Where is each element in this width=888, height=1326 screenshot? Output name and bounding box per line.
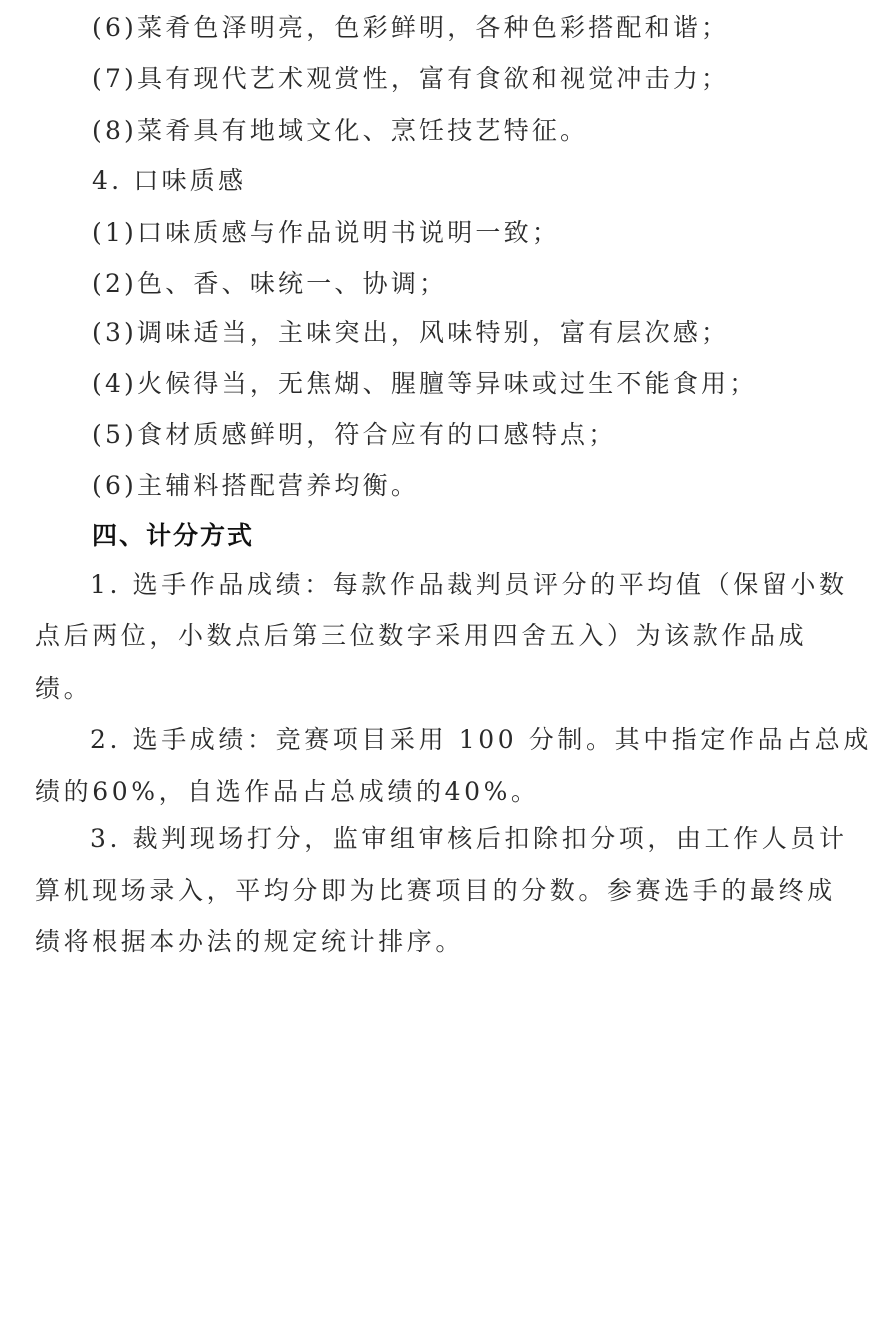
taste-item-6: (6)主辅料搭配营养均衡。	[92, 470, 419, 502]
taste-section-title: 4. 口味质感	[92, 165, 246, 197]
paragraph-line: 绩。	[35, 673, 92, 705]
paragraph-line: 点后两位，小数点后第三位数字采用四舍五入）为该款作品成	[35, 620, 807, 652]
paragraph-line: 绩将根据本办法的规定统计排序。	[35, 926, 464, 958]
taste-item-3: (3)调味适当，主味突出，风味特别，富有层次感；	[92, 317, 729, 349]
taste-item-5: (5)食材质感鲜明，符合应有的口感特点；	[92, 419, 616, 451]
paragraph-line: 绩的60%，自选作品占总成绩的40%。	[35, 776, 540, 808]
taste-item-4: (4)火候得当，无焦煳、腥膻等异味或过生不能食用；	[92, 368, 757, 400]
paragraph-line: 3. 裁判现场打分，监审组审核后扣除扣分项，由工作人员计	[90, 823, 848, 855]
taste-item-1: (1)口味质感与作品说明书说明一致；	[92, 217, 560, 249]
appearance-item-8: (8)菜肴具有地域文化、烹饪技艺特征。	[92, 115, 588, 147]
appearance-item-7: (7)具有现代艺术观赏性，富有食欲和视觉冲击力；	[92, 63, 729, 95]
paragraph-line: 2. 选手成绩：竞赛项目采用 100 分制。其中指定作品占总成	[90, 724, 872, 756]
paragraph-line: 算机现场录入，平均分即为比赛项目的分数。参赛选手的最终成	[35, 875, 836, 907]
paragraph-line: 1. 选手作品成绩：每款作品裁判员评分的平均值（保留小数	[90, 569, 848, 601]
taste-item-2: (2)色、香、味统一、协调；	[92, 268, 447, 300]
appearance-item-6: (6)菜肴色泽明亮，色彩鲜明，各种色彩搭配和谐；	[92, 12, 729, 44]
scoring-heading: 四、计分方式	[92, 520, 254, 552]
